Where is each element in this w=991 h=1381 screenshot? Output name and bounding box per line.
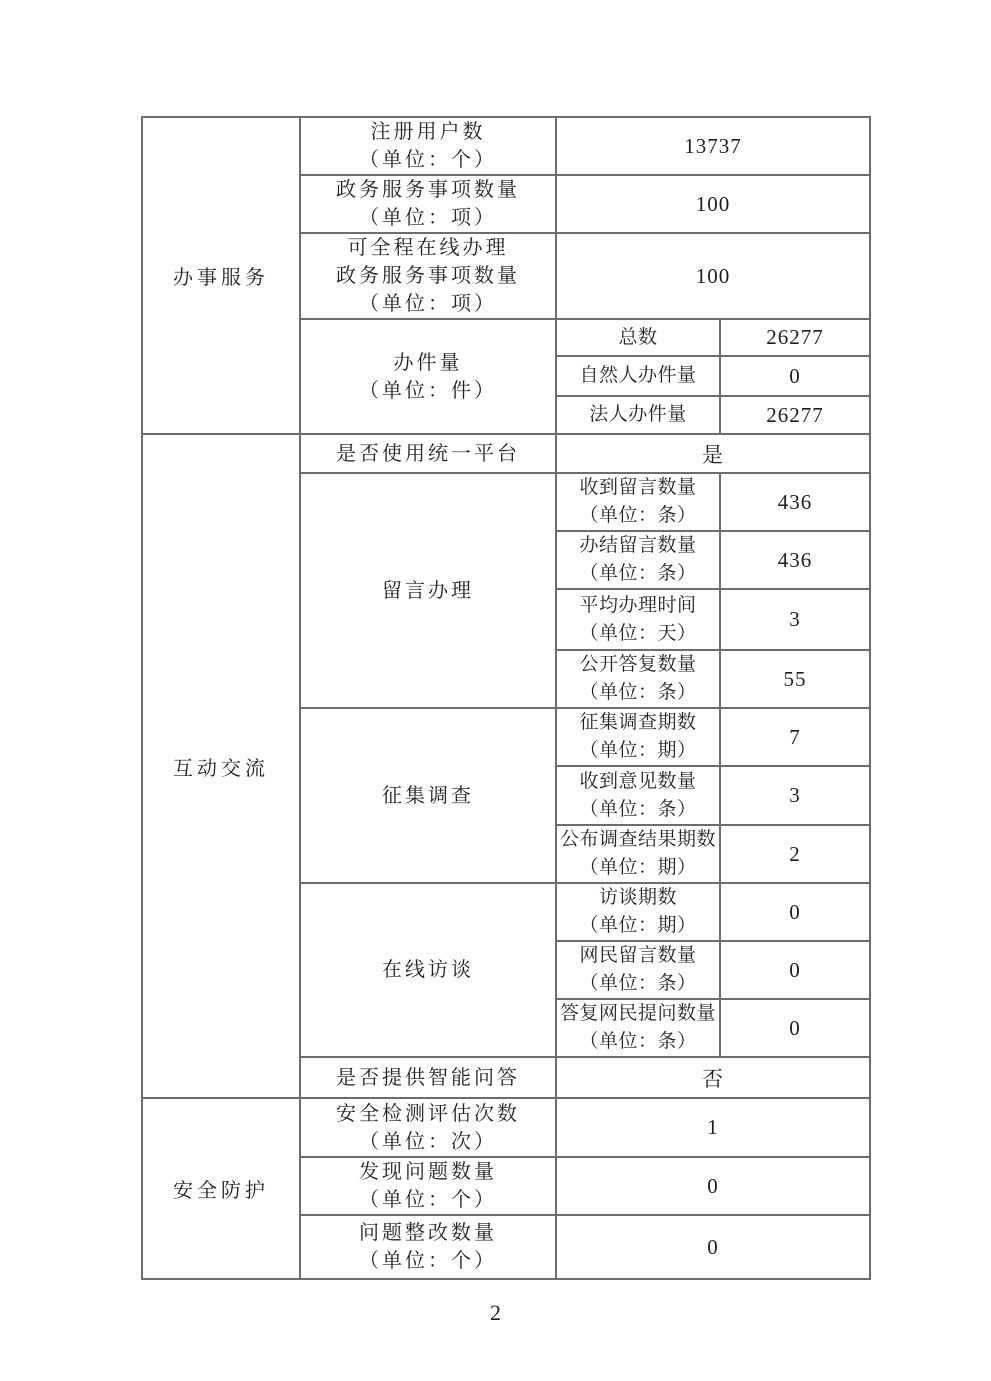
submetric-value-messages-received: 436 bbox=[720, 473, 870, 531]
submetric-value-netizen-questions-answered: 0 bbox=[720, 999, 870, 1057]
metric-label-survey: 征集调查 bbox=[300, 708, 556, 883]
submetric-label-total: 总数 bbox=[556, 319, 720, 356]
submetric-label-opinions-received: 收到意见数量 （单位：条） bbox=[556, 766, 720, 825]
submetric-value-legal-person: 26277 bbox=[720, 396, 870, 434]
submetric-label-legal-person: 法人办件量 bbox=[556, 396, 720, 434]
metric-value-smart-qa: 否 bbox=[556, 1057, 870, 1098]
metric-label-problems-rectified: 问题整改数量 （单位：个） bbox=[300, 1215, 556, 1279]
metric-label-security-assessments: 安全检测评估次数 （单位：次） bbox=[300, 1098, 556, 1157]
metric-label-registered-users: 注册用户数 （单位：个） bbox=[300, 117, 556, 175]
metric-label-service-items: 政务服务事项数量 （单位：项） bbox=[300, 175, 556, 233]
submetric-value-netizen-messages: 0 bbox=[720, 941, 870, 999]
metric-value-problems-rectified: 0 bbox=[556, 1215, 870, 1279]
submetric-value-total: 26277 bbox=[720, 319, 870, 356]
submetric-label-public-replies: 公开答复数量 （单位：条） bbox=[556, 650, 720, 708]
submetric-value-messages-resolved: 436 bbox=[720, 531, 870, 589]
page-number: 2 bbox=[0, 1300, 991, 1326]
metric-label-online-interview: 在线访谈 bbox=[300, 883, 556, 1057]
metric-label-message-handling: 留言办理 bbox=[300, 473, 556, 708]
submetric-value-natural-person: 0 bbox=[720, 356, 870, 396]
section-label-service: 办事服务 bbox=[142, 117, 300, 434]
metric-value-service-items: 100 bbox=[556, 175, 870, 233]
metric-value-unified-platform: 是 bbox=[556, 434, 870, 473]
metric-value-problems-found: 0 bbox=[556, 1157, 870, 1215]
section-label-security: 安全防护 bbox=[142, 1098, 300, 1279]
submetric-value-interview-periods: 0 bbox=[720, 883, 870, 941]
metric-label-case-volume: 办件量 （单位：件） bbox=[300, 319, 556, 434]
submetric-label-natural-person: 自然人办件量 bbox=[556, 356, 720, 396]
metric-value-registered-users: 13737 bbox=[556, 117, 870, 175]
metric-label-problems-found: 发现问题数量 （单位：个） bbox=[300, 1157, 556, 1215]
submetric-label-interview-periods: 访谈期数 （单位：期） bbox=[556, 883, 720, 941]
metric-value-online-service-items: 100 bbox=[556, 233, 870, 319]
submetric-label-survey-results-published: 公布调查结果期数 （单位：期） bbox=[556, 825, 720, 883]
submetric-label-netizen-questions-answered: 答复网民提问数量 （单位：条） bbox=[556, 999, 720, 1057]
submetric-label-messages-resolved: 办结留言数量 （单位：条） bbox=[556, 531, 720, 589]
submetric-value-average-handling-time: 3 bbox=[720, 589, 870, 650]
submetric-label-netizen-messages: 网民留言数量 （单位：条） bbox=[556, 941, 720, 999]
submetric-label-messages-received: 收到留言数量 （单位：条） bbox=[556, 473, 720, 531]
metric-value-security-assessments: 1 bbox=[556, 1098, 870, 1157]
submetric-value-opinions-received: 3 bbox=[720, 766, 870, 825]
submetric-label-survey-periods: 征集调查期数 （单位：期） bbox=[556, 708, 720, 766]
submetric-value-survey-results-published: 2 bbox=[720, 825, 870, 883]
submetric-value-survey-periods: 7 bbox=[720, 708, 870, 766]
metric-label-smart-qa: 是否提供智能问答 bbox=[300, 1057, 556, 1098]
submetric-value-public-replies: 55 bbox=[720, 650, 870, 708]
annual-report-table: 办事服务 注册用户数 （单位：个） 13737 政务服务事项数量 （单位：项） … bbox=[141, 116, 871, 1280]
metric-label-unified-platform: 是否使用统一平台 bbox=[300, 434, 556, 473]
section-label-interaction: 互动交流 bbox=[142, 434, 300, 1098]
metric-label-online-service-items: 可全程在线办理 政务服务事项数量 （单位：项） bbox=[300, 233, 556, 319]
report-page: 办事服务 注册用户数 （单位：个） 13737 政务服务事项数量 （单位：项） … bbox=[0, 0, 991, 1381]
submetric-label-average-handling-time: 平均办理时间 （单位：天） bbox=[556, 589, 720, 650]
